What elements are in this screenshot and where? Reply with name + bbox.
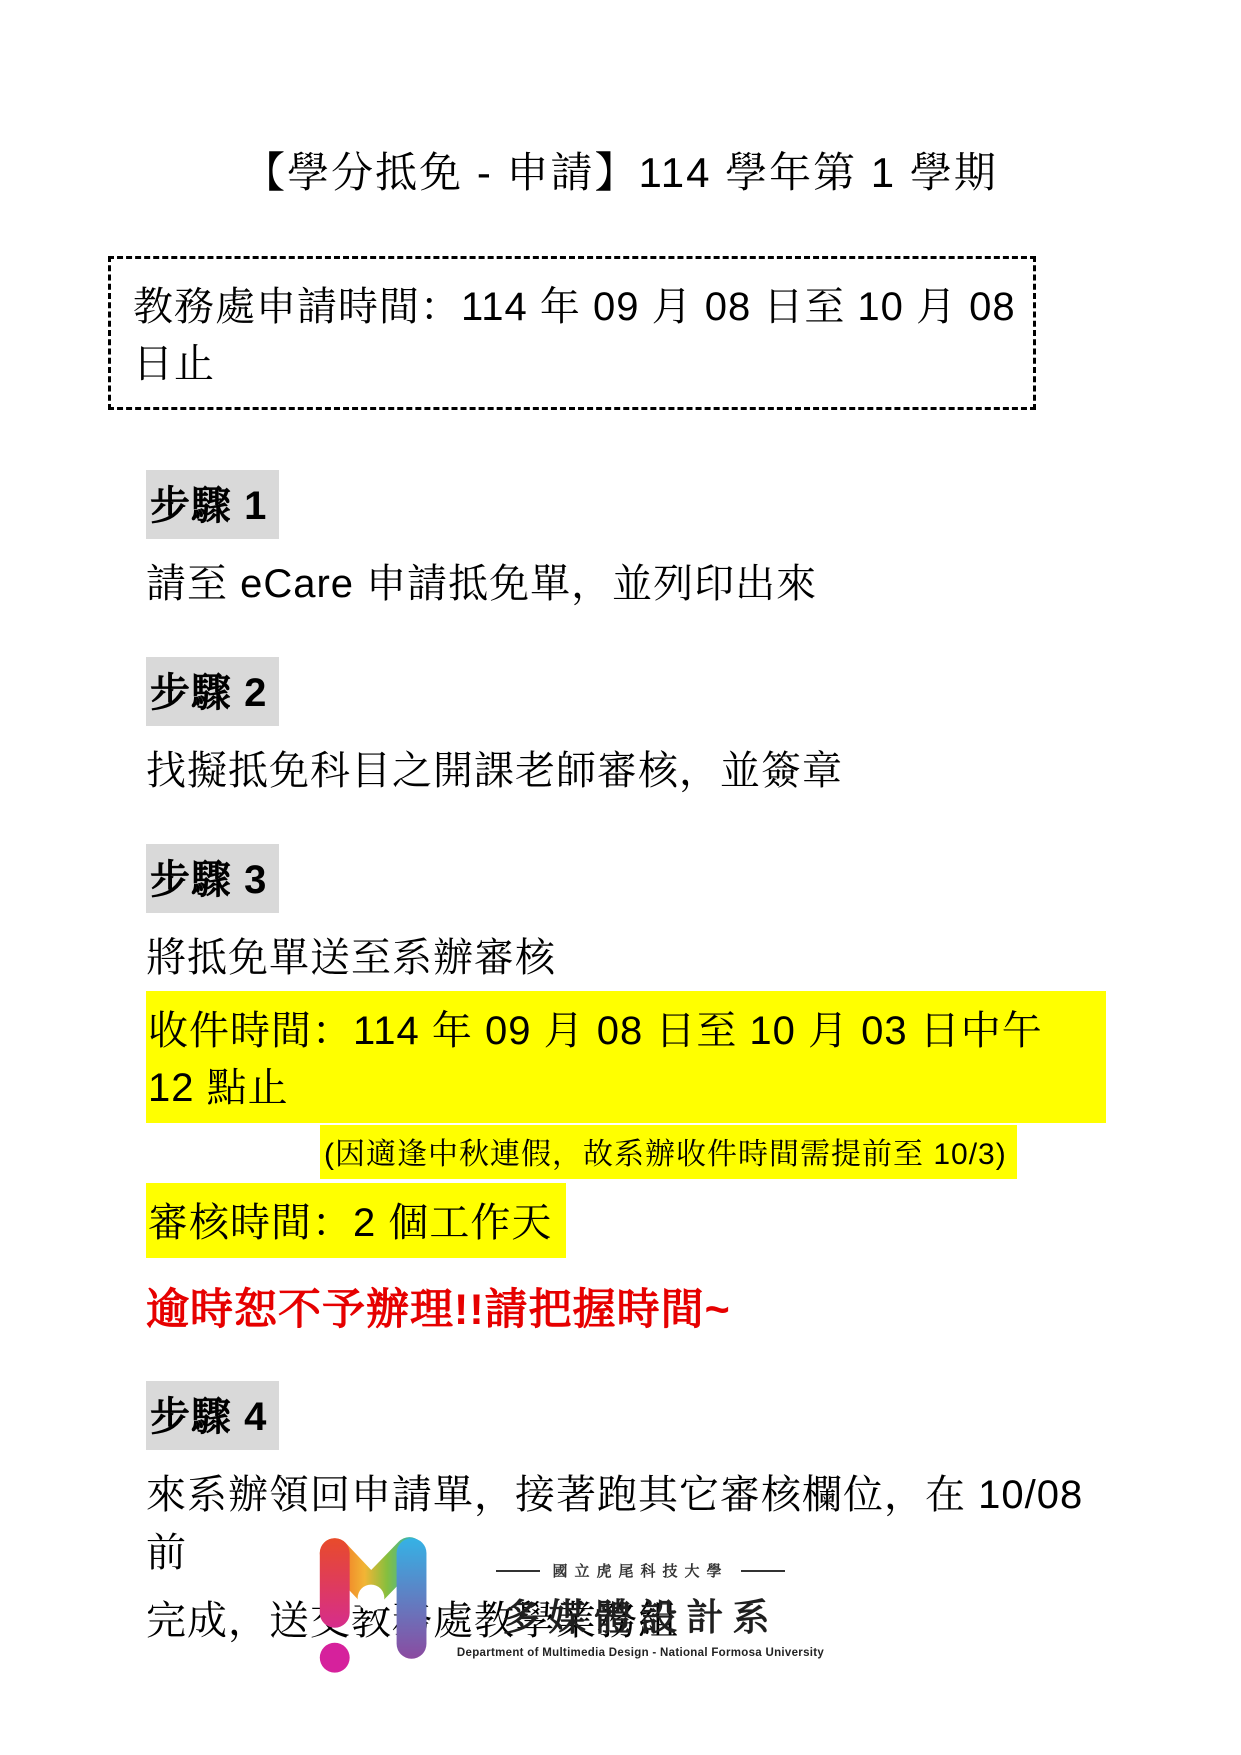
dash-line-left bbox=[496, 1570, 540, 1572]
deadline-note-row: (因適逢中秋連假，故系辦收件時間需提前至 10/3) bbox=[146, 1123, 1106, 1179]
step-3-text: 將抵免單送至系辦審核 bbox=[146, 929, 1106, 987]
logo-text-block: 國立虎尾科技大學 多媒體設計系 Department of Multimedia… bbox=[457, 1560, 824, 1659]
dash-line-right bbox=[741, 1570, 785, 1572]
notice-box: 教務處申請時間：114 年 09 月 08 日至 10 月 08 日止 bbox=[108, 256, 1036, 410]
steps-list: 步驟 1 請至 eCare 申請抵免單，並列印出來 步驟 2 找擬抵免科目之開課… bbox=[146, 470, 1106, 1650]
overdue-warning-text: 逾時恕不予辦理!!請把握時間~ bbox=[146, 1276, 1106, 1337]
university-name-row: 國立虎尾科技大學 bbox=[496, 1560, 784, 1581]
multimedia-design-m-logo-icon bbox=[307, 1536, 435, 1683]
page-title: 【學分抵免 - 申請】114 學年第 1 學期 bbox=[0, 0, 1241, 200]
department-name-english: Department of Multimedia Design - Nation… bbox=[457, 1647, 824, 1659]
review-highlight-row: 審核時間：2 個工作天 bbox=[146, 1179, 1106, 1258]
step-2-label: 步驟 2 bbox=[146, 657, 279, 726]
step-1-text: 請至 eCare 申請抵免單，並列印出來 bbox=[146, 555, 1106, 613]
document-page: 【學分抵免 - 申請】114 學年第 1 學期 教務處申請時間：114 年 09… bbox=[0, 0, 1241, 1755]
step-3-section: 步驟 3 將抵免單送至系辦審核 收件時間：114 年 09 月 08 日至 10… bbox=[146, 844, 1106, 1337]
step-3-label: 步驟 3 bbox=[146, 844, 279, 913]
step-1-section: 步驟 1 請至 eCare 申請抵免單，並列印出來 bbox=[146, 470, 1106, 613]
review-time-highlight: 審核時間：2 個工作天 bbox=[146, 1183, 566, 1258]
deadline-note-highlight: (因適逢中秋連假，故系辦收件時間需提前至 10/3) bbox=[320, 1125, 1017, 1179]
department-logo: 國立虎尾科技大學 多媒體設計系 Department of Multimedia… bbox=[0, 1536, 1131, 1683]
university-name: 國立虎尾科技大學 bbox=[552, 1560, 728, 1581]
deadline-highlight-row: 收件時間：114 年 09 月 08 日至 10 月 03 日中午 12 點止 bbox=[146, 987, 1106, 1123]
department-name: 多媒體設計系 bbox=[502, 1587, 778, 1641]
notice-text: 教務處申請時間：114 年 09 月 08 日至 10 月 08 日止 bbox=[133, 285, 1016, 386]
step-1-label: 步驟 1 bbox=[146, 470, 279, 539]
deadline-highlight: 收件時間：114 年 09 月 08 日至 10 月 03 日中午 12 點止 bbox=[146, 991, 1106, 1123]
step-2-section: 步驟 2 找擬抵免科目之開課老師審核，並簽章 bbox=[146, 657, 1106, 800]
step-2-text: 找擬抵免科目之開課老師審核，並簽章 bbox=[146, 742, 1106, 800]
step-4-label: 步驟 4 bbox=[146, 1381, 279, 1450]
